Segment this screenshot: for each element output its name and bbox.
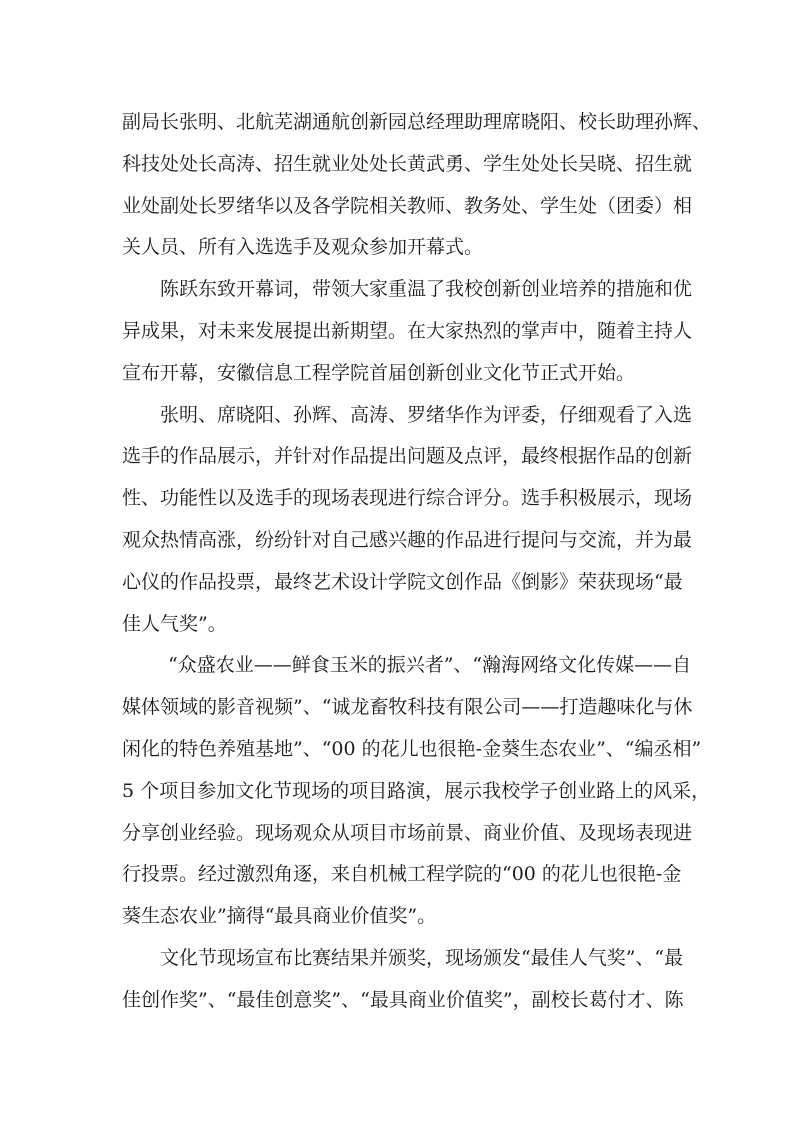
paragraph-judging: 张明、席晓阳、孙辉、高涛、罗绪华作为评委，仔细观看了入选 选手的作品展示，并针对…: [122, 395, 679, 646]
text-line: 文化节现场宣布比赛结果并颁奖，现场颁发“最佳人气奖”、“最: [122, 938, 679, 980]
text-line: 5 个项目参加文化节现场的项目路演，展示我校学子创业路上的风采，: [122, 771, 679, 813]
paragraph-opening-speech: 陈跃东致开幕词，带领大家重温了我校创新创业培养的措施和优 异成果，对未来发展提出…: [122, 269, 679, 394]
text-line: 业处副处长罗绪华以及各学院相关教师、教务处、学生处（团委）相: [122, 186, 679, 228]
text-line: 副局长张明、北航芜湖通航创新园总经理助理席晓阳、校长助理孙辉、: [122, 102, 679, 144]
text-line: 宣布开幕，安徽信息工程学院首届创新创业文化节正式开始。: [122, 353, 679, 395]
text-line: “众盛农业——鲜食玉米的振兴者”、“瀚海网络文化传媒——自: [122, 645, 679, 687]
text-line: 异成果，对未来发展提出新期望。在大家热烈的掌声中，随着主持人: [122, 311, 679, 353]
text-line: 科技处处长高涛、招生就业处处长黄武勇、学生处处长吴晓、招生就: [122, 144, 679, 186]
text-line: 关人员、所有入选选手及观众参加开幕式。: [122, 227, 679, 269]
text-line: 佳人气奖”。: [122, 604, 679, 646]
text-line: 葵生态农业”摘得“最具商业价值奖”。: [122, 896, 679, 938]
text-line: 媒体领域的影音视频”、“诚龙畜牧科技有限公司——打造趣味化与休: [122, 687, 679, 729]
text-line: 选手的作品展示，并针对作品提出问题及点评，最终根据作品的创新: [122, 436, 679, 478]
text-line: 陈跃东致开幕词，带领大家重温了我校创新创业培养的措施和优: [122, 269, 679, 311]
document-page: 副局长张明、北航芜湖通航创新园总经理助理席晓阳、校长助理孙辉、 科技处处长高涛、…: [0, 0, 800, 1131]
text-line: 分享创业经验。现场观众从项目市场前景、商业价值、及现场表现进: [122, 813, 679, 855]
text-line: 行投票。经过激烈角逐，来自机械工程学院的“00 的花儿也很艳-金: [122, 854, 679, 896]
text-line: 心仪的作品投票，最终艺术设计学院文创作品《倒影》荣获现场“最: [122, 562, 679, 604]
paragraph-attendees: 副局长张明、北航芜湖通航创新园总经理助理席晓阳、校长助理孙辉、 科技处处长高涛、…: [122, 102, 679, 269]
document-body: 副局长张明、北航芜湖通航创新园总经理助理席晓阳、校长助理孙辉、 科技处处长高涛、…: [122, 102, 679, 1022]
paragraph-roadshow: “众盛农业——鲜食玉米的振兴者”、“瀚海网络文化传媒——自 媒体领域的影音视频”…: [122, 645, 679, 938]
text-line: 观众热情高涨，纷纷针对自己感兴趣的作品进行提问与交流，并为最: [122, 520, 679, 562]
text-line: 佳创作奖”、“最佳创意奖”、“最具商业价值奖”，副校长葛付才、陈: [122, 980, 679, 1022]
text-line: 张明、席晓阳、孙辉、高涛、罗绪华作为评委，仔细观看了入选: [122, 395, 679, 437]
text-line: 闲化的特色养殖基地”、“00 的花儿也很艳-金葵生态农业”、“编丞相”: [122, 729, 679, 771]
paragraph-awards: 文化节现场宣布比赛结果并颁奖，现场颁发“最佳人气奖”、“最 佳创作奖”、“最佳创…: [122, 938, 679, 1022]
text-line: 性、功能性以及选手的现场表现进行综合评分。选手积极展示，现场: [122, 478, 679, 520]
